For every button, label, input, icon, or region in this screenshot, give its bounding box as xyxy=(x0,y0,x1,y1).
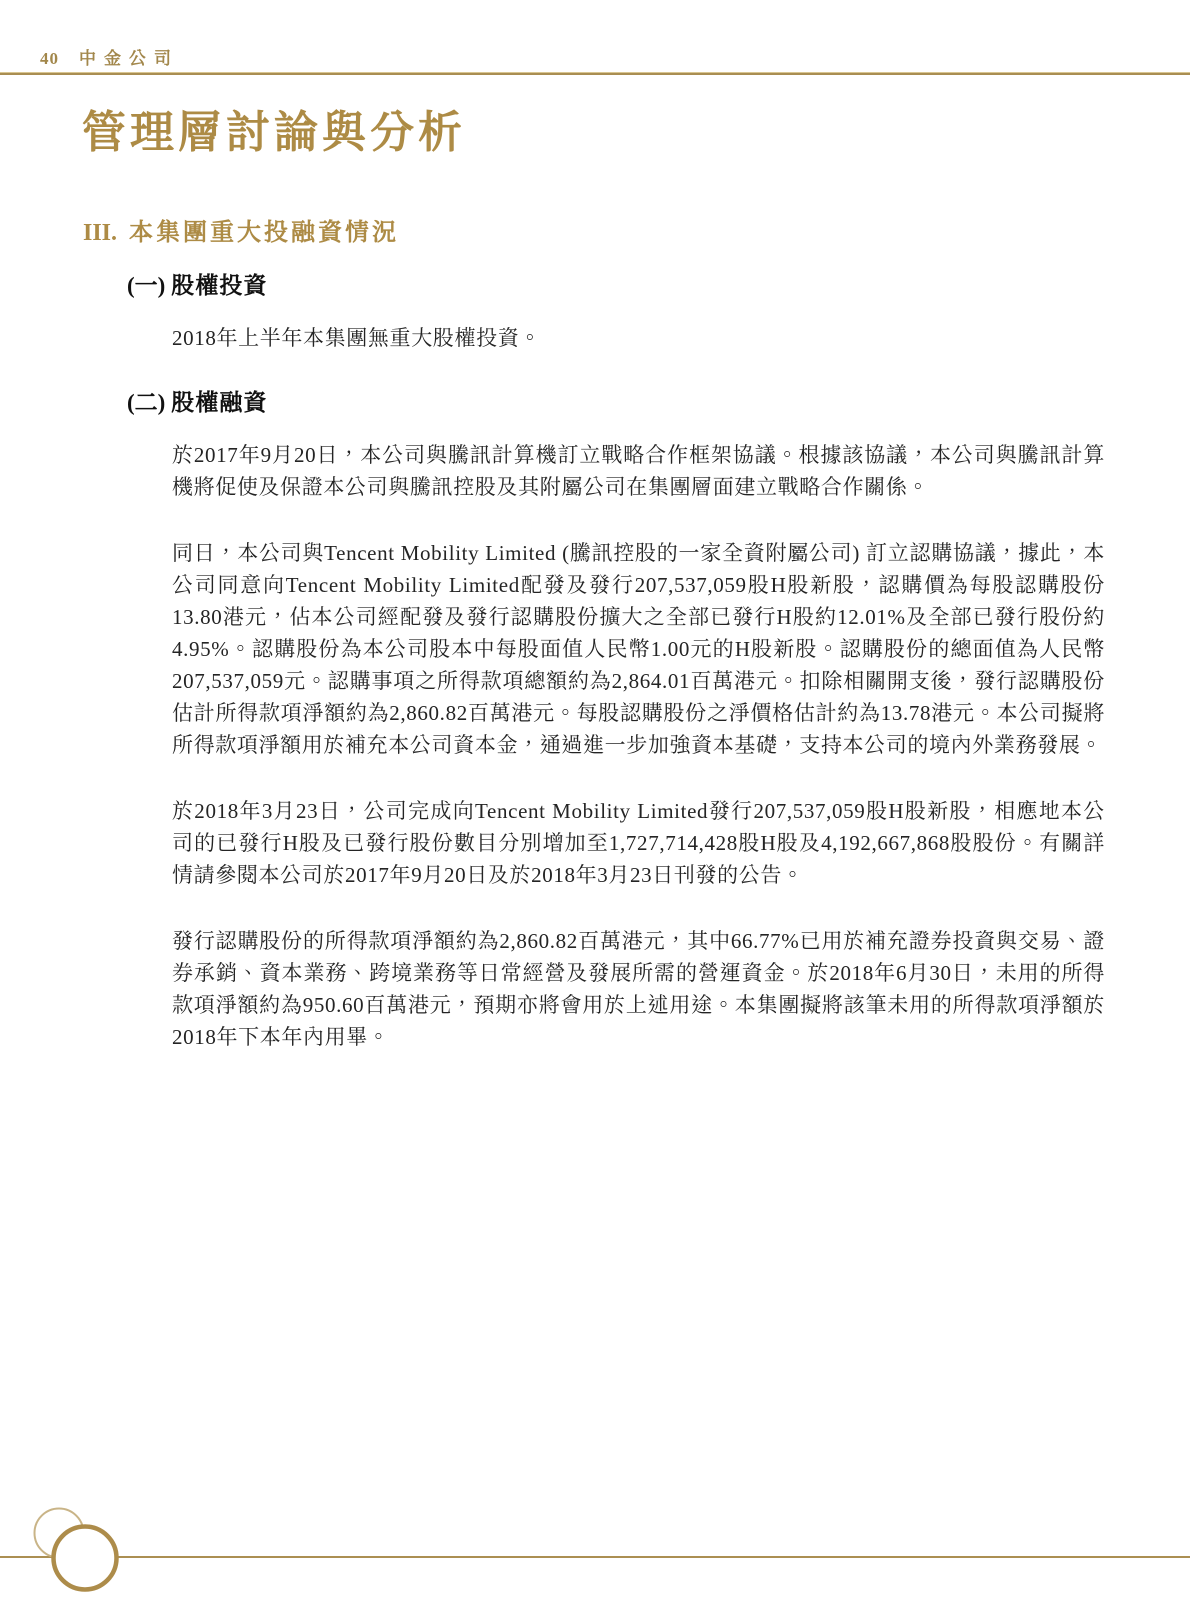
paragraph: 同日，本公司與Tencent Mobility Limited (騰訊控股的一家… xyxy=(172,537,1105,761)
company-name: 中金公司 xyxy=(79,44,179,69)
page-title: 管理層討論與分析 xyxy=(82,96,466,160)
paragraph: 於2017年9月20日，本公司與騰訊計算機訂立戰略合作框架協議。根據該協議，本公… xyxy=(172,439,1105,503)
page-number: 40 xyxy=(40,49,59,69)
footer-rule xyxy=(0,1556,1190,1558)
subsection-body: 2018年上半年本集團無重大股權投資。 xyxy=(172,322,1105,354)
section-title: 本集團重大投融資情況 xyxy=(129,212,399,247)
subsection-title: 股權融資 xyxy=(171,384,267,417)
subsection-body: 於2017年9月20日，本公司與騰訊計算機訂立戰略合作框架協議。根據該協議，本公… xyxy=(172,439,1105,1053)
subsection-title: 股權投資 xyxy=(171,267,267,300)
subsection-heading: (二) 股權融資 xyxy=(127,384,1115,417)
rings-logo xyxy=(20,1495,165,1615)
subsection-heading: (一) 股權投資 xyxy=(127,267,1115,300)
paragraph: 2018年上半年本集團無重大股權投資。 xyxy=(172,322,1105,354)
page-header: 40 中金公司 xyxy=(40,44,179,69)
document-page: 40 中金公司 管理層討論與分析 III. 本集團重大投融資情況 (一) 股權投… xyxy=(0,0,1190,1615)
header-rule xyxy=(0,73,1190,75)
section-heading: III. 本集團重大投融資情況 xyxy=(83,212,1115,247)
content: III. 本集團重大投融資情況 (一) 股權投資 2018年上半年本集團無重大股… xyxy=(83,212,1115,1053)
section-numeral: III. xyxy=(83,220,129,247)
paragraph: 於2018年3月23日，公司完成向Tencent Mobility Limite… xyxy=(172,795,1105,891)
subsection-label: (一) xyxy=(127,267,165,300)
subsection-label: (二) xyxy=(127,384,165,417)
subsection-equity-investment: (一) 股權投資 2018年上半年本集團無重大股權投資。 xyxy=(127,267,1115,354)
subsection-equity-financing: (二) 股權融資 於2017年9月20日，本公司與騰訊計算機訂立戰略合作框架協議… xyxy=(127,384,1115,1053)
paragraph: 發行認購股份的所得款項淨額約為2,860.82百萬港元，其中66.77%已用於補… xyxy=(172,925,1105,1053)
